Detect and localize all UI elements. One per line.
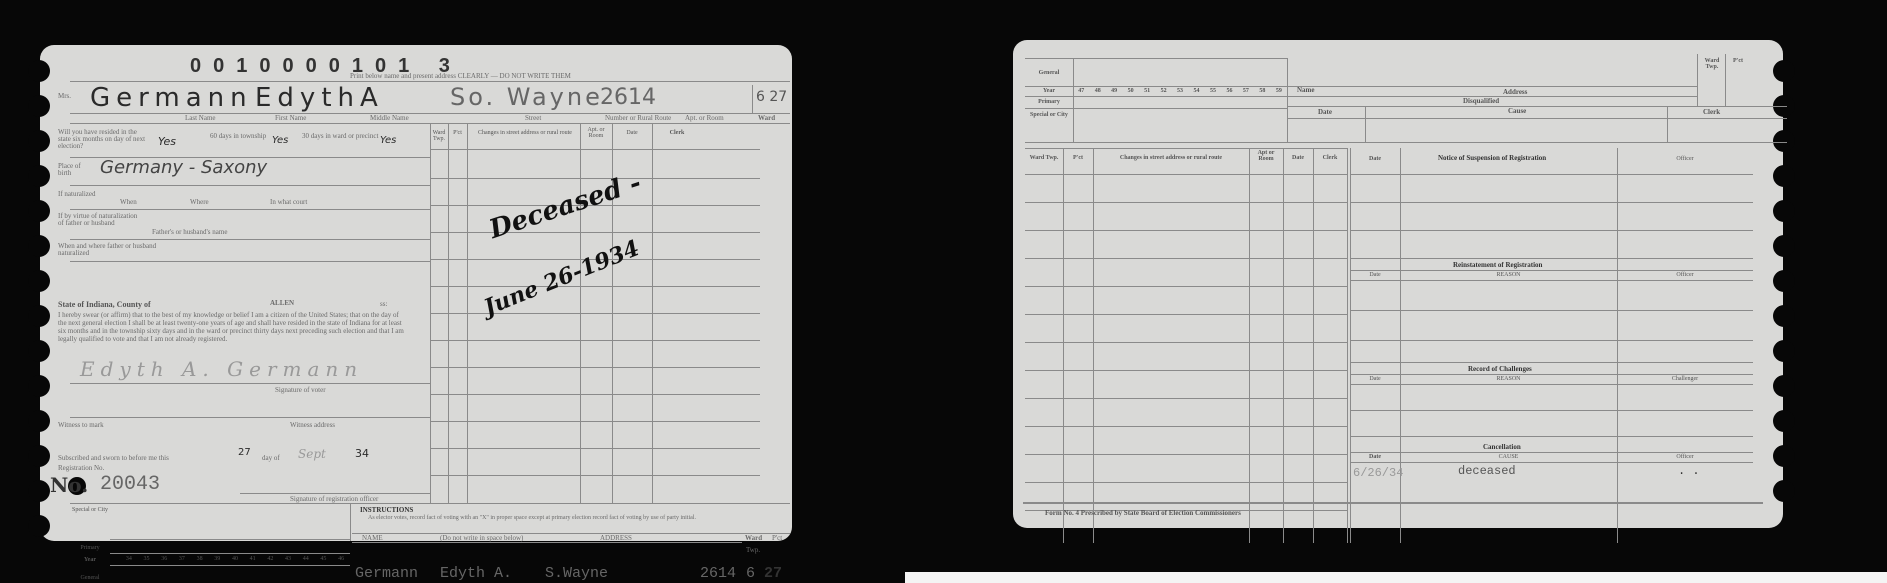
year-cell: 37 [173, 556, 191, 562]
form-footer: Form No. 4 Prescribed by State Board of … [1045, 510, 1241, 517]
vote-years-row: 34 35 36 37 38 39 40 41 42 43 44 45 46 [120, 556, 350, 562]
when-where-label: When and where father or husband natural… [58, 243, 158, 257]
changes-header-ward: Ward Twp. [430, 130, 448, 142]
punch-hole [1773, 235, 1795, 257]
punch-hole [28, 375, 50, 397]
deceased-note: Deceased - [486, 168, 645, 245]
township-answer: Yes [272, 135, 288, 146]
subscribed-month: Sept [298, 447, 326, 461]
naturalized-label: If naturalized [58, 191, 96, 198]
punch-hole [28, 445, 50, 467]
year-cell: 46 [332, 556, 350, 562]
year-cell: 35 [138, 556, 156, 562]
subscribed-year: 34 [355, 447, 369, 460]
oath-text: I hereby swear (or affirm) that to the b… [58, 311, 408, 343]
punch-hole [28, 480, 50, 502]
year-cell: 55 [1205, 88, 1221, 94]
punch-hole [28, 515, 50, 537]
punch-hole [1773, 165, 1795, 187]
year-cell: 39 [208, 556, 226, 562]
cancellation-title: Cancellation [1483, 444, 1521, 451]
suspension-header-officer: Officer [1617, 156, 1753, 162]
suspension-header-date: Date [1350, 156, 1400, 162]
label-street: Street [525, 115, 541, 122]
instructions-text: As elector votes, record fact of voting … [368, 515, 768, 521]
punch-hole [28, 410, 50, 432]
right-changes-header-pct: P'ct [1063, 155, 1093, 161]
cancellation-header-cause: CAUSE [1400, 454, 1617, 460]
right-vote-years-row: 47 48 49 50 51 52 53 54 55 56 57 58 59 [1073, 88, 1287, 94]
punch-hole [28, 235, 50, 257]
bottom-name-label: NAME [362, 535, 383, 542]
right-grid-label-special: Special or City [1025, 112, 1073, 118]
year-cell: 42 [262, 556, 280, 562]
punch-hole [28, 130, 50, 152]
cancellation-cause: deceased [1458, 464, 1516, 478]
bottom-note: (Do not write in space below) [440, 535, 523, 542]
reinstatement-header-reason: REASON [1400, 272, 1617, 278]
subscribed-month-label: day of [262, 455, 280, 462]
bottom-twp-label: Twp. [746, 547, 760, 554]
cancellation-header-officer: Officer [1617, 454, 1753, 460]
label-pct: P'ct [1733, 58, 1743, 64]
label-date: Date [1318, 109, 1332, 116]
punch-hole [1773, 410, 1795, 432]
punch-hole [1773, 480, 1795, 502]
challenges-header-date: Date [1350, 376, 1400, 382]
year-cell: 54 [1188, 88, 1204, 94]
scan-edge [905, 572, 1887, 583]
voter-signature: Edyth A. Germann [80, 357, 363, 381]
suspension-header-notice: Notice of Suspension of Registration [1438, 155, 1546, 162]
challenges-header-challenger: Challenger [1617, 376, 1753, 382]
typed-number: 2614 [700, 565, 736, 582]
label-disqualified: Disqualified [1463, 98, 1499, 105]
cancellation-officer: . . [1678, 464, 1700, 478]
punch-hole [28, 340, 50, 362]
naturalized-when: When [120, 199, 137, 206]
label-ward: Ward [758, 115, 775, 122]
challenges-title: Record of Challenges [1468, 366, 1532, 373]
punch-hole [1773, 375, 1795, 397]
cancellation-date: 6/26/34 [1353, 466, 1403, 480]
bottom-address-label: ADDRESS [600, 535, 632, 542]
label-last-name: Last Name [185, 115, 216, 122]
place-of-birth-label: Place of birth [58, 163, 88, 177]
cancellation-header-date: Date [1350, 454, 1400, 460]
reinstatement-header-officer: Officer [1617, 272, 1753, 278]
subscribed-text: Subscribed and sworn to before me this [58, 455, 169, 462]
label-middle-name: Middle Name [370, 115, 409, 122]
punch-hole [28, 60, 50, 82]
label-first-name: First Name [275, 115, 306, 122]
punch-hole [1773, 270, 1795, 292]
instructions-title: INSTRUCTIONS [360, 507, 413, 514]
typed-pct: 27 [764, 565, 782, 582]
year-cell: 45 [315, 556, 333, 562]
voter-signature-label: Signature of voter [275, 387, 326, 394]
year-cell: 56 [1221, 88, 1237, 94]
year-cell: 57 [1238, 88, 1254, 94]
township-question: 60 days in township [210, 133, 266, 140]
changes-header-clerk: Clerk [652, 130, 702, 136]
punch-hole [28, 165, 50, 187]
label-cause: Cause [1508, 108, 1526, 115]
year-cell: 41 [244, 556, 262, 562]
punch-hole [1773, 200, 1795, 222]
bottom-pct-label: P'ct [772, 535, 782, 542]
punch-hole [1773, 130, 1795, 152]
title-prefix: Mrs. [58, 93, 71, 100]
naturalized-where: Where [190, 199, 209, 206]
deceased-date: June 26-1934 [480, 235, 643, 321]
father-husband-label: If by virtue of naturalization of father… [58, 213, 138, 227]
right-grid-label-primary: Primary [1025, 99, 1073, 105]
changes-header-pct: P'ct [448, 130, 467, 136]
right-changes-header-clerk: Clerk [1313, 155, 1347, 161]
right-changes-header-address: Changes in street address or rural route [1093, 155, 1249, 161]
precinct-answer: Yes [380, 135, 396, 146]
subscribed-day: 27 [238, 447, 251, 458]
label-ward-twp: Ward Twp. [1701, 58, 1723, 70]
reinstatement-title: Reinstatement of Registration [1453, 262, 1542, 269]
year-cell: 48 [1089, 88, 1105, 94]
residence-question: Will you have resided in the state six m… [58, 129, 150, 150]
witness-address-label: Witness address [290, 422, 335, 429]
naturalized-court: In what court [270, 199, 307, 206]
registration-card-front: 0010000101 3 Print below name and presen… [40, 45, 792, 541]
label-address: Address [1503, 89, 1527, 96]
typed-ward: 6 [746, 565, 755, 582]
grid-label-primary: Primary [70, 545, 110, 551]
year-cell: 36 [155, 556, 173, 562]
registration-card-back: General Year Primary Special or City 47 … [1013, 40, 1783, 528]
label-clerk: Clerk [1703, 109, 1720, 116]
punch-hole [28, 200, 50, 222]
first-name: Edyth [255, 83, 360, 113]
grid-label-year: Year [70, 557, 110, 563]
year-cell: 53 [1172, 88, 1188, 94]
right-changes-header-date: Date [1283, 155, 1313, 161]
county: ALLEN [270, 300, 294, 307]
year-cell: 52 [1155, 88, 1171, 94]
changes-header-address: Changes in street address or rural route [470, 130, 580, 136]
right-grid-label-year: Year [1025, 88, 1073, 94]
ward-box: 6 27 [756, 89, 787, 105]
year-cell: 43 [279, 556, 297, 562]
year-cell: 51 [1139, 88, 1155, 94]
precinct-question: 30 days in ward or precinct [302, 133, 378, 140]
witness-label: Witness to mark [58, 422, 104, 429]
changes-header-date: Date [612, 130, 652, 136]
punch-hole [28, 305, 50, 327]
year-cell: 49 [1106, 88, 1122, 94]
label-number: Number or Rural Route [605, 115, 671, 122]
officer-signature-label: Signature of registration officer [290, 496, 378, 503]
last-name: Germann [90, 83, 253, 113]
year-cell: 58 [1254, 88, 1270, 94]
challenges-header-reason: REASON [1400, 376, 1617, 382]
right-changes-header-apt: Apt or Room [1251, 150, 1281, 162]
punch-hole [28, 95, 50, 117]
middle-name: A [360, 83, 378, 113]
typed-street: S.Wayne [545, 565, 608, 582]
place-of-birth: Germany - Saxony [100, 157, 267, 178]
oath-header: State of Indiana, County of [58, 301, 151, 309]
oath-suffix: ss: [380, 301, 387, 308]
bottom-ward-label: Ward [745, 535, 762, 542]
registration-number: 20043 [100, 473, 160, 496]
punch-hole [28, 270, 50, 292]
father-husband-name-label: Father's or husband's name [152, 229, 227, 236]
changes-header-apt: Apt. or Room [580, 127, 612, 139]
street-name: So. Wayne [450, 83, 603, 111]
label-name: Name [1297, 87, 1315, 94]
print-instruction: Print below name and present address CLE… [350, 73, 571, 80]
year-cell: 47 [1073, 88, 1089, 94]
year-cell: 59 [1271, 88, 1287, 94]
right-changes-header-ward: Ward Twp. [1025, 155, 1063, 161]
year-cell: 44 [297, 556, 315, 562]
residence-answer: Yes [158, 135, 176, 148]
punch-hole [1773, 340, 1795, 362]
typed-first-name: Edyth A. [440, 565, 512, 582]
grid-label-special: Special or City [70, 507, 110, 513]
right-grid-label-general: General [1025, 70, 1073, 76]
punch-hole [1773, 305, 1795, 327]
typed-last-name: Germann [355, 565, 418, 582]
year-cell: 34 [120, 556, 138, 562]
grid-label-general: General [70, 575, 110, 581]
year-cell: 38 [191, 556, 209, 562]
reinstatement-header-date: Date [1350, 272, 1400, 278]
street-number: 2614 [600, 85, 656, 110]
year-cell: 50 [1122, 88, 1138, 94]
label-apt: Apt. or Room [685, 115, 724, 122]
punch-hole [1773, 445, 1795, 467]
registration-no-label: Registration No. [58, 465, 104, 472]
year-cell: 40 [226, 556, 244, 562]
registration-prefix: No. [50, 473, 88, 497]
punch-hole [1773, 60, 1795, 82]
